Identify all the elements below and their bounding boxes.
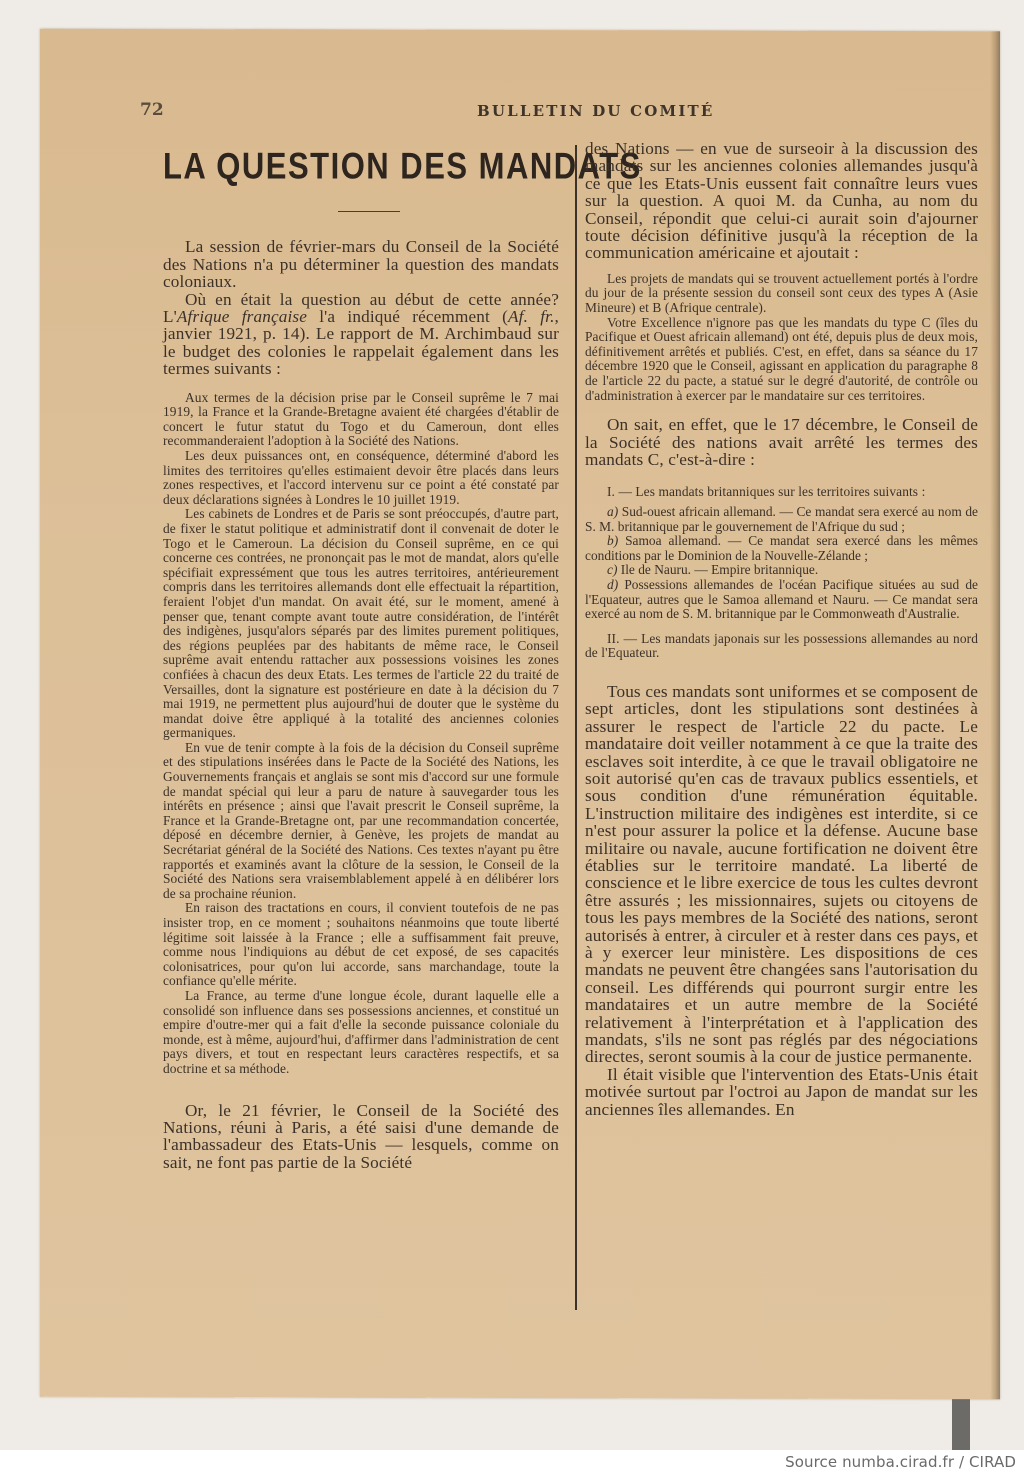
quoted-paragraph: Votre Excellence n'ignore pas que les ma…: [585, 316, 978, 404]
quoted-paragraph: La France, au terme d'une longue école, …: [163, 989, 559, 1077]
mandate-section-i: I. — Les mandats britanniques sur les te…: [585, 485, 978, 500]
quoted-reply: Les projets de mandats qui se trouvent a…: [585, 272, 978, 403]
quoted-paragraph: Aux termes de la décision prise par le C…: [163, 391, 559, 449]
quoted-paragraph: En raison des tractations en cours, il c…: [163, 901, 559, 989]
title-rule: [338, 211, 400, 212]
publication-abbrev: Af. fr.: [508, 307, 555, 326]
mandate-list: I. — Les mandats britanniques sur les te…: [585, 485, 978, 661]
quoted-paragraph: Les deux puissances ont, en conséquence,…: [163, 449, 559, 507]
mandate-item: b) Samoa allemand. — Ce mandat sera exer…: [585, 534, 978, 563]
binding-shadow: [952, 1395, 970, 1450]
running-title: BULLETIN DU COMITÉ: [477, 102, 715, 120]
quoted-paragraph: Les projets de mandats qui se trouvent a…: [585, 272, 978, 316]
page-edge-shadow: [990, 31, 1000, 1399]
intro-paragraph: Où en était la question au début de cett…: [163, 291, 559, 378]
source-caption: Source numba.cirad.fr / CIRAD: [785, 1453, 1016, 1471]
body-paragraph: Il était visible que l'intervention des …: [585, 1066, 978, 1118]
column-divider: [575, 145, 577, 1310]
publication-title: Afrique française: [177, 307, 307, 326]
body-paragraph: On sait, en effet, que le 17 décembre, l…: [585, 416, 978, 468]
mandate-item: c) Ile de Nauru. — Empire britannique.: [585, 563, 978, 578]
running-header: 72 BULLETIN DU COMITÉ: [140, 100, 990, 122]
mandate-section-ii: II. — Les mandats japonais sur les posse…: [585, 632, 978, 661]
quoted-paragraph: Les cabinets de Londres et de Paris se s…: [163, 507, 559, 741]
right-column: des Nations — en vue de surseoir à la di…: [585, 140, 978, 1118]
mandate-item: a) Sud-ouest africain allemand. — Ce man…: [585, 505, 978, 534]
quoted-paragraph: En vue de tenir compte à la fois de la d…: [163, 741, 559, 902]
page-number: 72: [140, 100, 164, 120]
quoted-report: Aux termes de la décision prise par le C…: [163, 391, 559, 1077]
left-column: LA QUESTION DES MANDATS La session de fé…: [163, 140, 559, 1171]
intro-paragraph: La session de février-mars du Conseil de…: [163, 238, 559, 290]
continuation-paragraph: des Nations — en vue de surseoir à la di…: [585, 140, 978, 262]
body-paragraph: Or, le 21 février, le Conseil de la Soci…: [163, 1102, 559, 1172]
body-paragraph: Tous ces mandats sont uniformes et se co…: [585, 683, 978, 1066]
article-title: LA QUESTION DES MANDATS: [163, 145, 543, 188]
mandate-item: d) Possessions allemandes de l'océan Pac…: [585, 578, 978, 622]
